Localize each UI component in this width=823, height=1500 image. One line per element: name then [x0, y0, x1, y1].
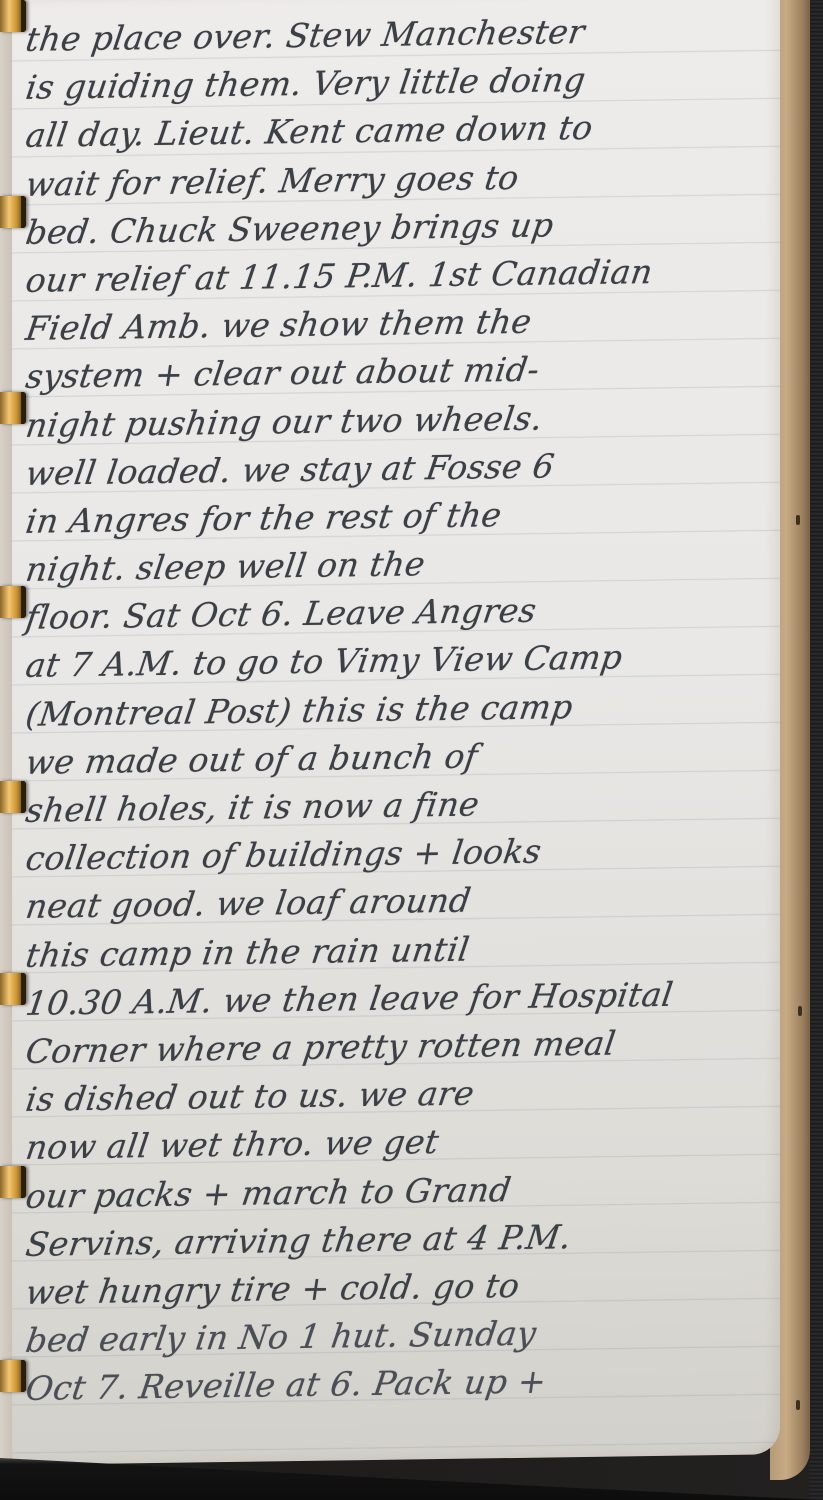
- diary-page: the place over. Stew Manchester is guidi…: [12, 0, 780, 1465]
- spiral-ring-icon: [0, 196, 26, 228]
- spiral-ring-icon: [0, 781, 26, 813]
- edge-mark: [798, 1006, 802, 1016]
- spiral-ring-icon: [0, 392, 26, 424]
- notebook-photo: the place over. Stew Manchester is guidi…: [0, 0, 823, 1500]
- spiral-ring-icon: [0, 973, 26, 1005]
- notebook-cover: [809, 0, 823, 1500]
- spiral-ring-icon: [0, 586, 26, 618]
- edge-mark: [796, 515, 800, 525]
- edge-mark: [796, 1400, 800, 1410]
- spiral-ring-icon: [0, 0, 26, 32]
- spiral-ring-icon: [0, 1166, 26, 1198]
- handwritten-entry: the place over. Stew Manchester is guidi…: [26, 5, 771, 1413]
- spiral-ring-icon: [0, 1360, 26, 1392]
